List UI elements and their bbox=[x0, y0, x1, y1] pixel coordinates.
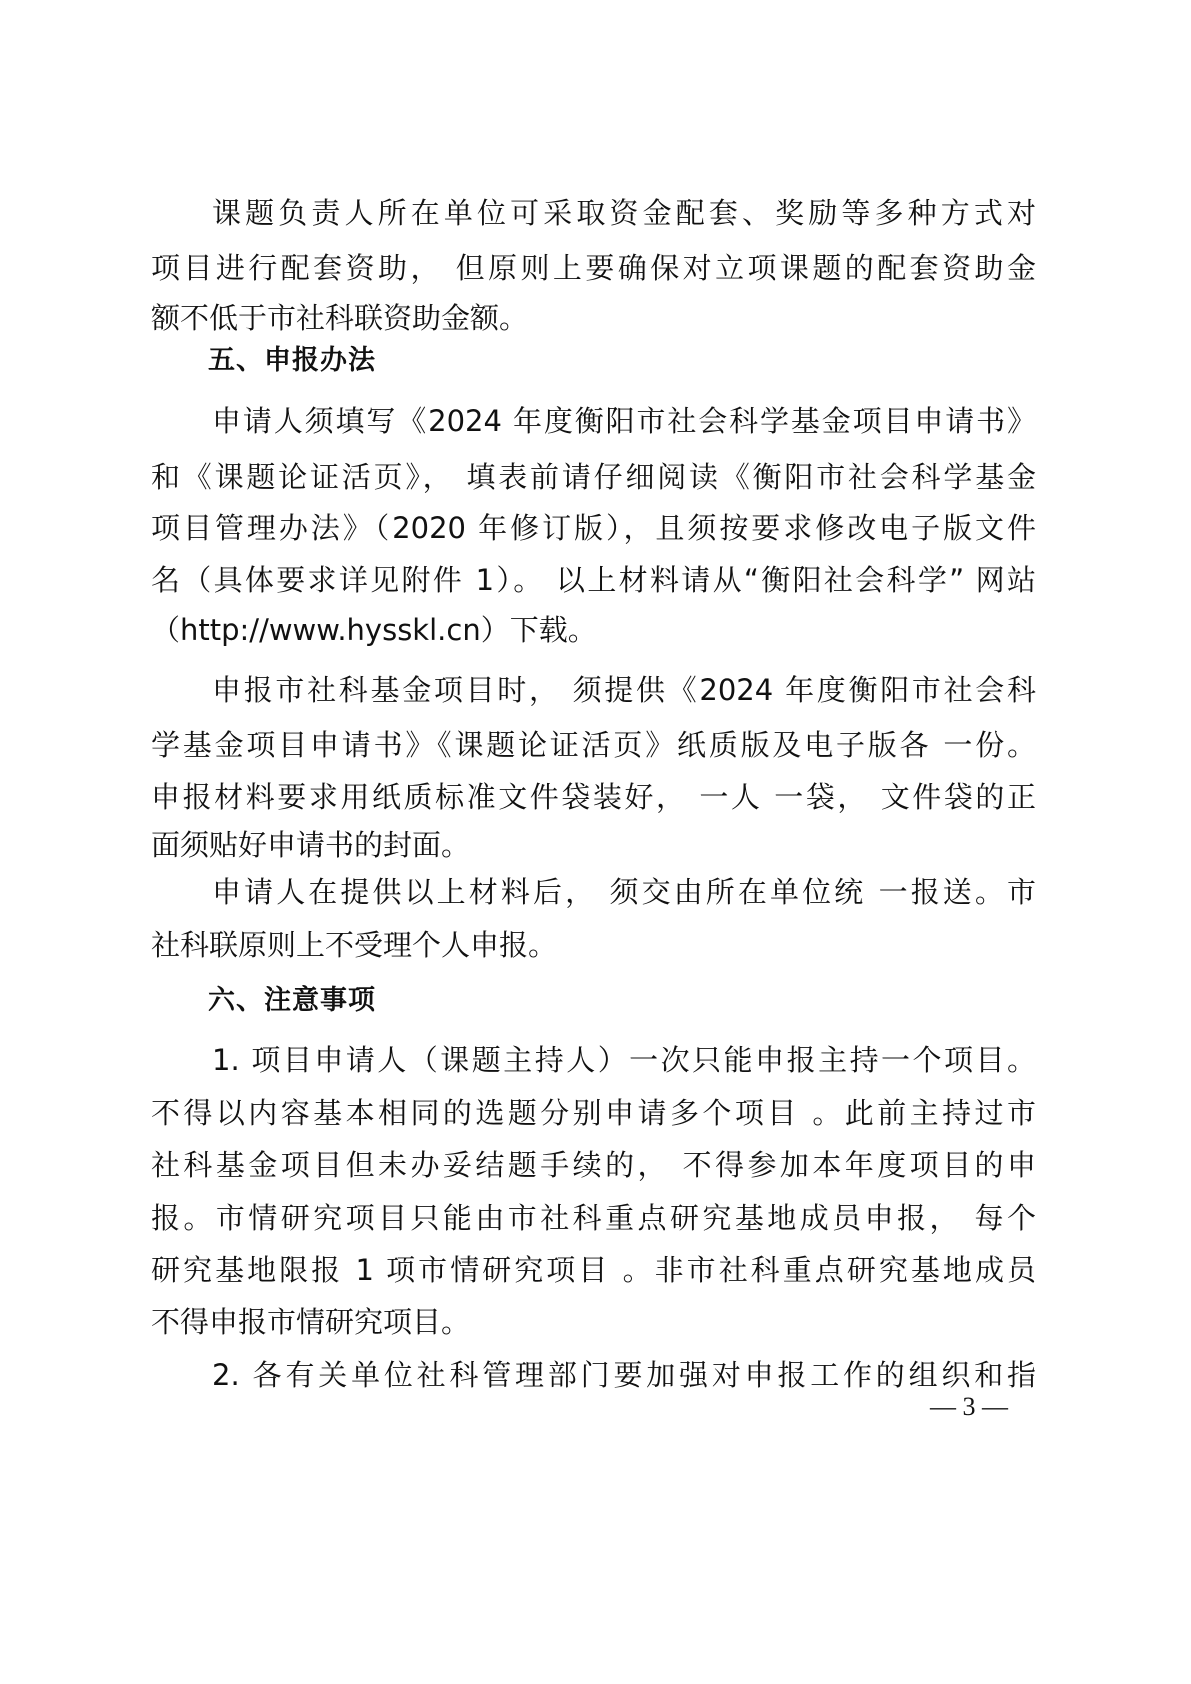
paragraph-line: 申报材料要求用纸质标准文件袋装好， 一人 一袋， 文件袋的正 bbox=[151, 779, 1036, 815]
paragraph-line: 申报市社科基金项目时， 须提供《2024 年度衡阳市社会科 bbox=[212, 672, 1036, 708]
paragraph-line: 申请人在提供以上材料后， 须交由所在单位统 一报送。市 bbox=[212, 874, 1036, 910]
paragraph-line: 社科联原则上不受理个人申报。 bbox=[151, 927, 557, 963]
section-heading: 六、注意事项 bbox=[208, 983, 376, 1019]
paragraph-line: 额不低于市社科联资助金额。 bbox=[151, 300, 528, 336]
paragraph-line: 不得以内容基本相同的选题分别申请多个项目 。此前主持过市 bbox=[151, 1095, 1036, 1131]
paragraph-line: 课题负责人所在单位可采取资金配套、奖励等多种方式对 bbox=[212, 195, 1036, 231]
paragraph-line: 学基金项目申请书》《课题论证活页》纸质版及电子版各 一份。 bbox=[151, 727, 1036, 763]
paragraph-line: 1. 项目申请人（课题主持人）一次只能申报主持一个项目。 bbox=[212, 1042, 1036, 1078]
paragraph-line: 项目管理办法》（2020 年修订版），且须按要求修改电子版文件 bbox=[151, 510, 1036, 546]
paragraph-line: 名（具体要求详见附件 1）。 以上材料请从“衡阳社会科学” 网站 bbox=[151, 562, 1036, 598]
paragraph-line: 研究基地限报 1 项市情研究项目 。非市社科重点研究基地成员 bbox=[151, 1252, 1036, 1288]
paragraph-line: 社科基金项目但未办妥结题手续的， 不得参加本年度项目的申 bbox=[151, 1147, 1036, 1183]
paragraph-line: 项目进行配套资助， 但原则上要确保对立项课题的配套资助金 bbox=[151, 250, 1036, 286]
paragraph-line: 报。市情研究项目只能由市社科重点研究基地成员申报， 每个 bbox=[151, 1200, 1036, 1236]
document-page: 课题负责人所在单位可采取资金配套、奖励等多种方式对 项目进行配套资助， 但原则上… bbox=[0, 0, 1191, 1684]
section-heading: 五、申报办法 bbox=[208, 343, 376, 379]
paragraph-line: 不得申报市情研究项目。 bbox=[151, 1304, 470, 1340]
paragraph-line: 和《课题论证活页》， 填表前请仔细阅读《衡阳市社会科学基金 bbox=[151, 459, 1036, 495]
page-number: — 3 — bbox=[930, 1392, 1008, 1422]
paragraph-line: 面须贴好申请书的封面。 bbox=[151, 827, 470, 863]
paragraph-line: 2. 各有关单位社科管理部门要加强对申报工作的组织和指 bbox=[212, 1357, 1036, 1393]
paragraph-line: 申请人须填写《2024 年度衡阳市社会科学基金项目申请书》 bbox=[212, 403, 1036, 439]
paragraph-line: （http://www.hysskl.cn）下载。 bbox=[151, 612, 597, 648]
